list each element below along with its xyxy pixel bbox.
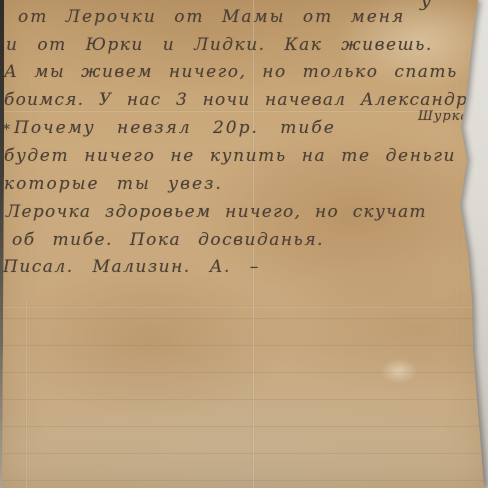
handwritten-line-7: которые ты увез.: [4, 174, 223, 194]
handwritten-line-1: от Лерочки от Мамы от меня: [18, 7, 405, 27]
cutoff-stroke-right: у: [420, 0, 432, 11]
fold-crease-vertical-left: [25, 300, 28, 488]
margin-mark: *: [3, 120, 10, 140]
handwritten-line-4: боимся. У нас 3 ночи начевал Александр: [4, 90, 468, 110]
insertion-word-shurka: Шурка: [418, 109, 469, 124]
handwritten-line-6: будет ничего не купить на те деньги: [4, 146, 456, 166]
ruled-lines: [0, 292, 488, 488]
handwritten-line-2: и от Юрки и Лидки. Как живешь.: [6, 35, 433, 55]
handwritten-line-9: об тибе. Пока досвиданья.: [12, 230, 324, 250]
paper-wrapper: ’ у от Лерочки от Мамы от меня и от Юрки…: [0, 0, 488, 488]
handwritten-line-5: Почему невзял 20р. тибе: [14, 118, 336, 138]
fold-crease-horizontal-lower: [0, 306, 488, 309]
letter-paper: ’ у от Лерочки от Мамы от меня и от Юрки…: [0, 0, 488, 488]
fold-crease-horizontal-upper: [0, 110, 488, 113]
handwritten-line-8: Лерочка здоровьем ничего, но скучат: [6, 202, 427, 222]
handwritten-line-3: А мы живем ничего, но только спать: [4, 62, 458, 82]
signature-line: Писал. Мализин. А. –: [3, 257, 260, 277]
letter-photo: ’ у от Лерочки от Мамы от меня и от Юрки…: [0, 0, 488, 488]
